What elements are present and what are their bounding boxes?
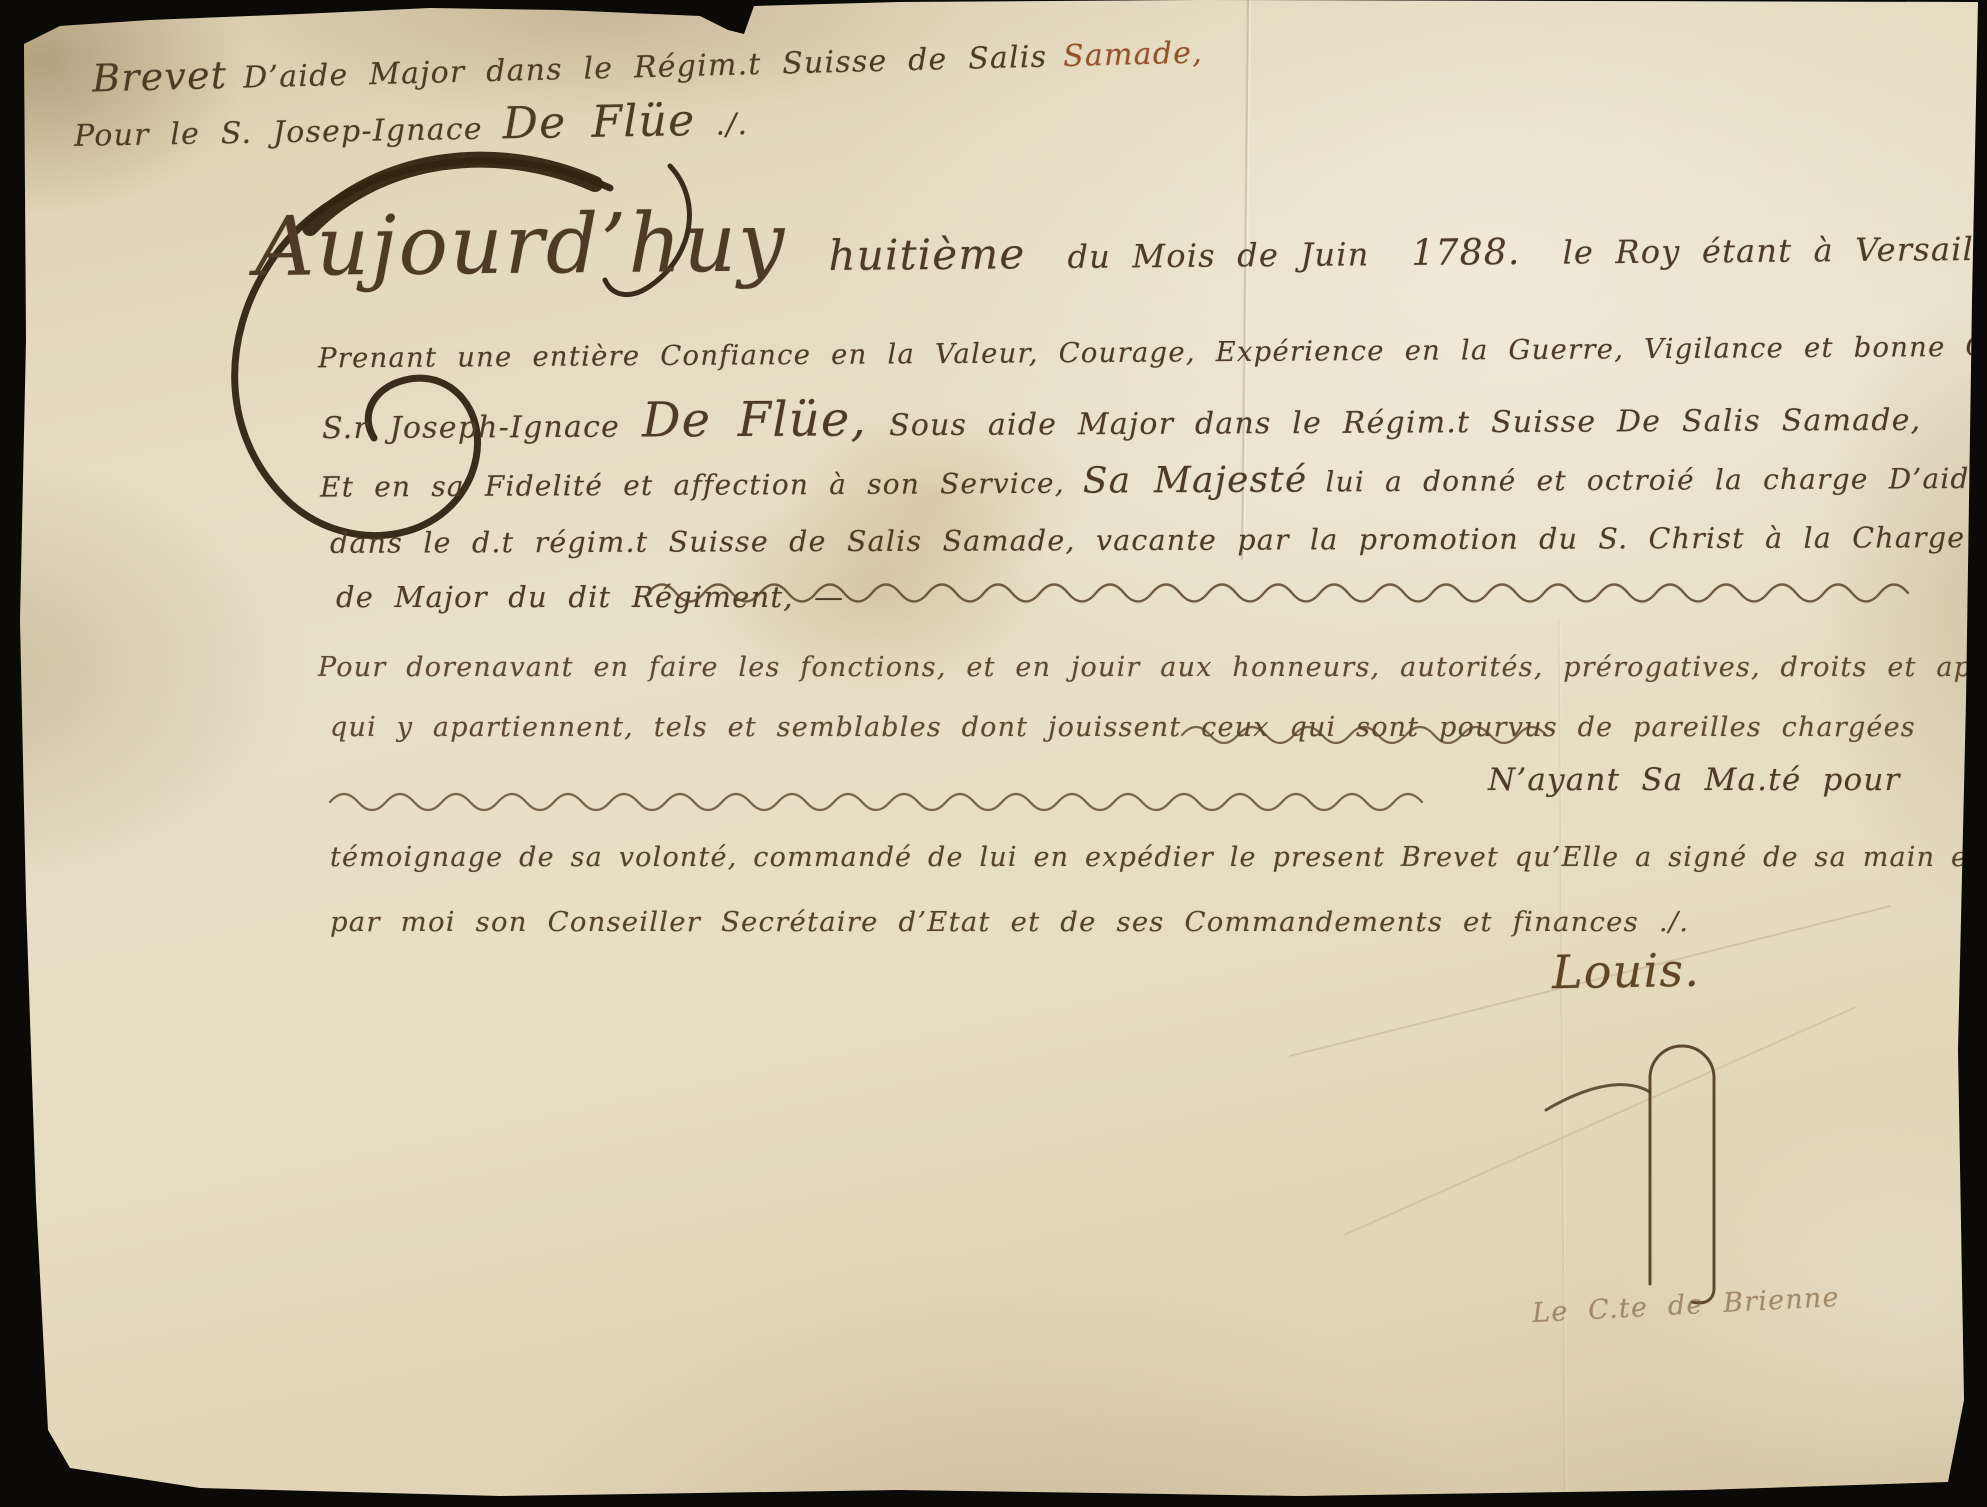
opening-line: Aujourd’huy huitième du Mois de Juin 178… xyxy=(255,184,1987,295)
body-line-2: S.r Joseph-Ignace De Flüe, Sous aide Maj… xyxy=(322,386,1922,450)
docket-recipient-name: De Flüe xyxy=(502,95,696,149)
opening-word-roy: le Roy étant à Versailles, et xyxy=(1562,229,1987,272)
recipient-name-large: De Flüe, xyxy=(642,391,867,448)
scan-background: { "scan": { "background_color": "#0b0a08… xyxy=(0,0,1987,1507)
filler-squiggle-1 xyxy=(648,578,1938,608)
recipient-post: Sous aide Major dans le Régim.t Suisse D… xyxy=(889,403,1922,443)
paragraph2-line-1: Pour dorenavant en faire les fonctions, … xyxy=(318,652,1987,683)
paragraph2-line-2: qui y apartiennent, tels et semblables d… xyxy=(330,712,1916,743)
opening-word-huitieme: huitième xyxy=(828,229,1025,280)
regiment-name-samade: Samade, xyxy=(1063,35,1204,74)
closing-line-1: témoignage de sa volonté, commandé de lu… xyxy=(330,842,1987,873)
parchment-sheet: Brevet D’aide Major dans le Régim.t Suis… xyxy=(0,0,1987,1507)
docket-line-1: Brevet D’aide Major dans le Régim.t Suis… xyxy=(92,27,1204,100)
majesty-words: Sa Majesté xyxy=(1083,459,1308,501)
opening-word-year: 1788. xyxy=(1411,232,1520,274)
fidelity-clause: Et en sa Fidelité et affection à son Ser… xyxy=(320,467,1065,504)
opening-word-aujourdhuy: Aujourd’huy xyxy=(255,195,787,295)
closing-intro: N’ayant Sa Ma.té pour xyxy=(1488,762,1901,798)
signature-flourish-icon xyxy=(1528,1018,1788,1318)
brevet-word: Brevet xyxy=(92,53,228,101)
opening-word-mois: du Mois de Juin xyxy=(1067,235,1369,276)
body-line-4: dans le d.t régim.t Suisse de Salis Sama… xyxy=(330,521,1965,560)
filler-squiggle-2 xyxy=(1182,722,1572,748)
grant-clause: lui a donné et octroié la charge D’aide … xyxy=(1325,461,1987,498)
recipient-title: S.r Joseph-Ignace xyxy=(322,410,620,447)
royal-signature: Louis. xyxy=(1552,943,1701,1000)
filler-squiggle-3 xyxy=(330,788,1450,816)
body-line-3: Et en sa Fidelité et affection à son Ser… xyxy=(320,455,1987,505)
docket-line-1-text: D’aide Major dans le Régim.t Suisse de S… xyxy=(243,40,1048,96)
closing-line-2: par moi son Conseiller Secrétaire d’Etat… xyxy=(330,906,1689,938)
docket-end-mark: ./. xyxy=(715,107,748,143)
